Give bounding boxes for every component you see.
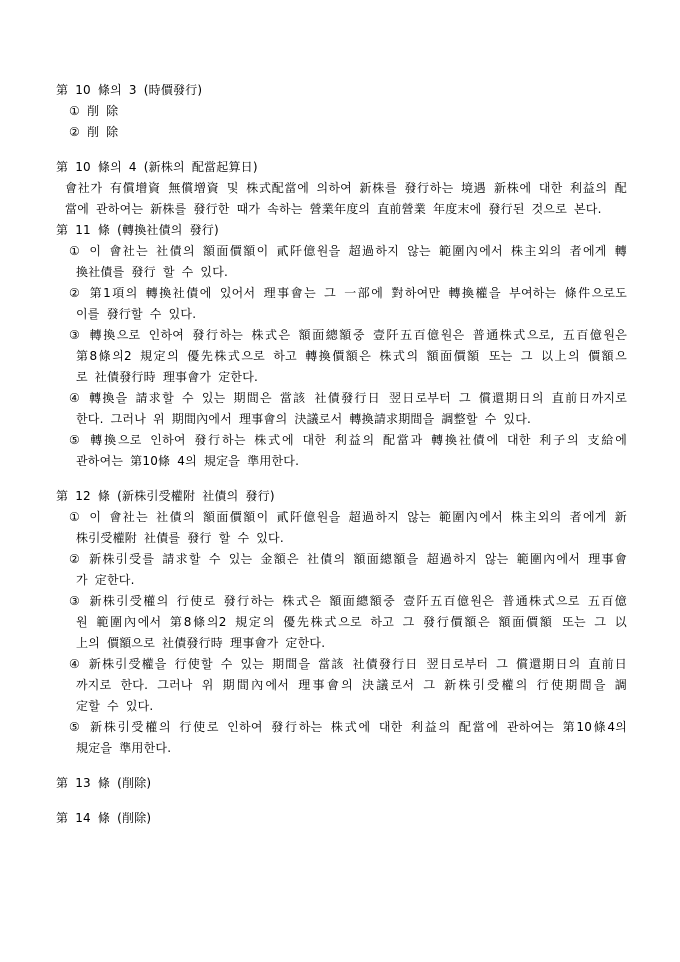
doc-line: ② 第1項의 轉換社債에 있어서 理事會는 그 一部에 對하여만 轉換權을 부여… — [69, 283, 627, 304]
doc-line: 規定을 準用한다. — [76, 738, 627, 759]
doc-line: ④ 轉換을 請求할 수 있는 期間은 當該 社債發行日 翌日로부터 그 償還期日… — [69, 388, 627, 409]
document-page: 第 10 條의 3 (時價發行)① 削 除② 削 除第 10 條의 4 (新株의… — [0, 0, 680, 962]
section-gap — [0, 143, 680, 157]
section-gap — [0, 472, 680, 486]
article-heading: 第 11 條 (轉換社債의 發行) — [56, 220, 680, 241]
doc-line: 까지로 한다. 그러나 위 期間內에서 理事會의 決議로서 그 新株引受權의 行… — [76, 675, 627, 696]
article-heading: 第 14 條 (削除) — [56, 808, 680, 829]
doc-line: ① 削 除 — [69, 101, 627, 122]
doc-line: 관하여는 第10條 4의 規定을 準用한다. — [76, 451, 627, 472]
article-heading: 第 13 條 (削除) — [56, 773, 680, 794]
article-heading: 第 10 條의 4 (新株의 配當起算日) — [56, 157, 680, 178]
doc-line: ② 削 除 — [69, 122, 627, 143]
doc-line: ③ 新株引受權의 行使로 發行하는 株式은 額面總額중 壹阡五百億원은 普通株式… — [69, 591, 627, 612]
doc-line: 換社債를 發行 할 수 있다. — [76, 262, 627, 283]
section-gap — [0, 759, 680, 773]
article-heading: 第 12 條 (新株引受權附 社債의 發行) — [56, 486, 680, 507]
doc-line: 定할 수 있다. — [76, 696, 627, 717]
doc-line: 當에 관하여는 新株를 發行한 때가 속하는 營業年度의 直前營業 年度末에 發… — [65, 199, 627, 220]
doc-line: 로 社債發行時 理事會가 定한다. — [76, 367, 627, 388]
doc-line: ⑤ 新株引受權의 行使로 인하여 發行하는 株式에 대한 利益의 配當에 관하여… — [69, 717, 627, 738]
doc-line: 第8條의2 規定의 優先株式으로 하고 轉換價額은 株式의 額面價額 또는 그 … — [76, 346, 627, 367]
doc-line: 上의 價額으로 社債發行時 理事會가 定한다. — [76, 633, 627, 654]
doc-line: ④ 新株引受權을 行使할 수 있는 期間을 當該 社債發行日 翌日로부터 그 償… — [69, 654, 627, 675]
doc-line: ③ 轉換으로 인하여 發行하는 株式은 額面總額중 壹阡五百億원은 普通株式으로… — [69, 325, 627, 346]
doc-line: 한다. 그러나 위 期間內에서 理事會의 決議로서 轉換請求期間을 調整할 수 … — [76, 409, 627, 430]
section-gap — [0, 794, 680, 808]
doc-line: ② 新株引受를 請求할 수 있는 金額은 社債의 額面總額을 超過하지 않는 範… — [69, 549, 627, 570]
doc-line: ⑤ 轉換으로 인하여 發行하는 株式에 대한 利益의 配當과 轉換社債에 대한 … — [69, 430, 627, 451]
doc-line: 가 定한다. — [76, 570, 627, 591]
doc-line: 株引受權附 社債를 發行 할 수 있다. — [76, 528, 627, 549]
doc-line: 會社가 有償增資 無償增資 및 株式配當에 의하여 新株를 發行하는 境遇 新株… — [65, 178, 627, 199]
article-heading: 第 10 條의 3 (時價發行) — [56, 80, 680, 101]
doc-line: ① 이 會社는 社債의 額面價額이 貳阡億원을 超過하지 않는 範圍內에서 株主… — [69, 241, 627, 262]
doc-line: 원 範圍內에서 第8條의2 規定의 優先株式으로 하고 그 發行價額은 額面價額… — [76, 612, 627, 633]
doc-line: 이를 發行할 수 있다. — [76, 304, 627, 325]
doc-line: ① 이 會社는 社債의 額面價額이 貳阡億원을 超過하지 않는 範圍內에서 株主… — [69, 507, 627, 528]
